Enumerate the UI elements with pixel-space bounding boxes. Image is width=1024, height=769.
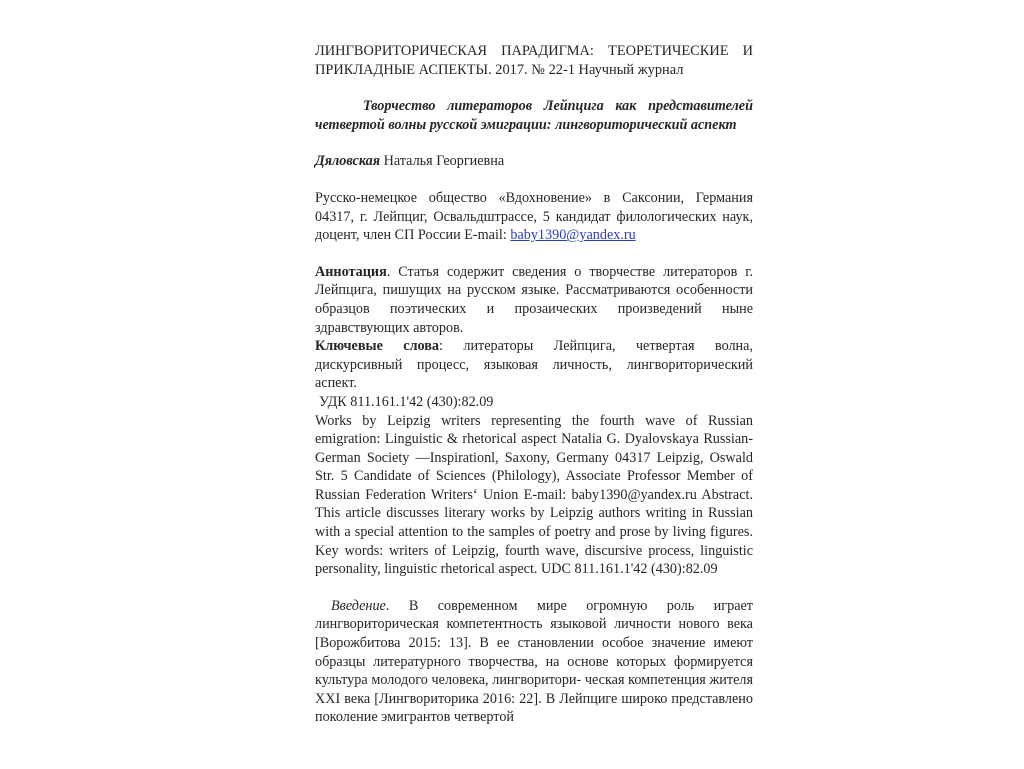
author-surname: Дяловская xyxy=(315,153,380,169)
udk-code: УДК 811.161.1'42 (430):82.09 xyxy=(315,393,753,412)
author-given-names: Наталья Георгиевна xyxy=(380,153,504,169)
keywords-label: Ключевые слова xyxy=(315,338,439,354)
introduction-text: . В современном мире огромную роль играе… xyxy=(315,598,753,726)
affiliation: Русско-немецкое общество «Вдохновение» в… xyxy=(315,189,753,245)
article-title: Творчество литераторов Лейпцига как пред… xyxy=(315,97,753,134)
document-page: ЛИНГВОРИТОРИЧЕСКАЯ ПАРАДИГМА: ТЕОРЕТИЧЕС… xyxy=(315,42,753,727)
introduction: Введение. В современном мире огромную ро… xyxy=(315,597,753,727)
author-line: Дяловская Наталья Георгиевна xyxy=(315,152,753,171)
english-abstract: Works by Leipzig writers representing th… xyxy=(315,412,753,579)
annotation-label: Аннотация xyxy=(315,264,387,280)
journal-header: ЛИНГВОРИТОРИЧЕСКАЯ ПАРАДИГМА: ТЕОРЕТИЧЕС… xyxy=(315,42,753,79)
keywords: Ключевые слова: литераторы Лейпцига, чет… xyxy=(315,337,753,393)
annotation: Аннотация. Статья содержит сведения о тв… xyxy=(315,263,753,337)
introduction-label: Введение xyxy=(331,598,386,614)
email-link[interactable]: baby1390@yandex.ru xyxy=(510,227,635,243)
